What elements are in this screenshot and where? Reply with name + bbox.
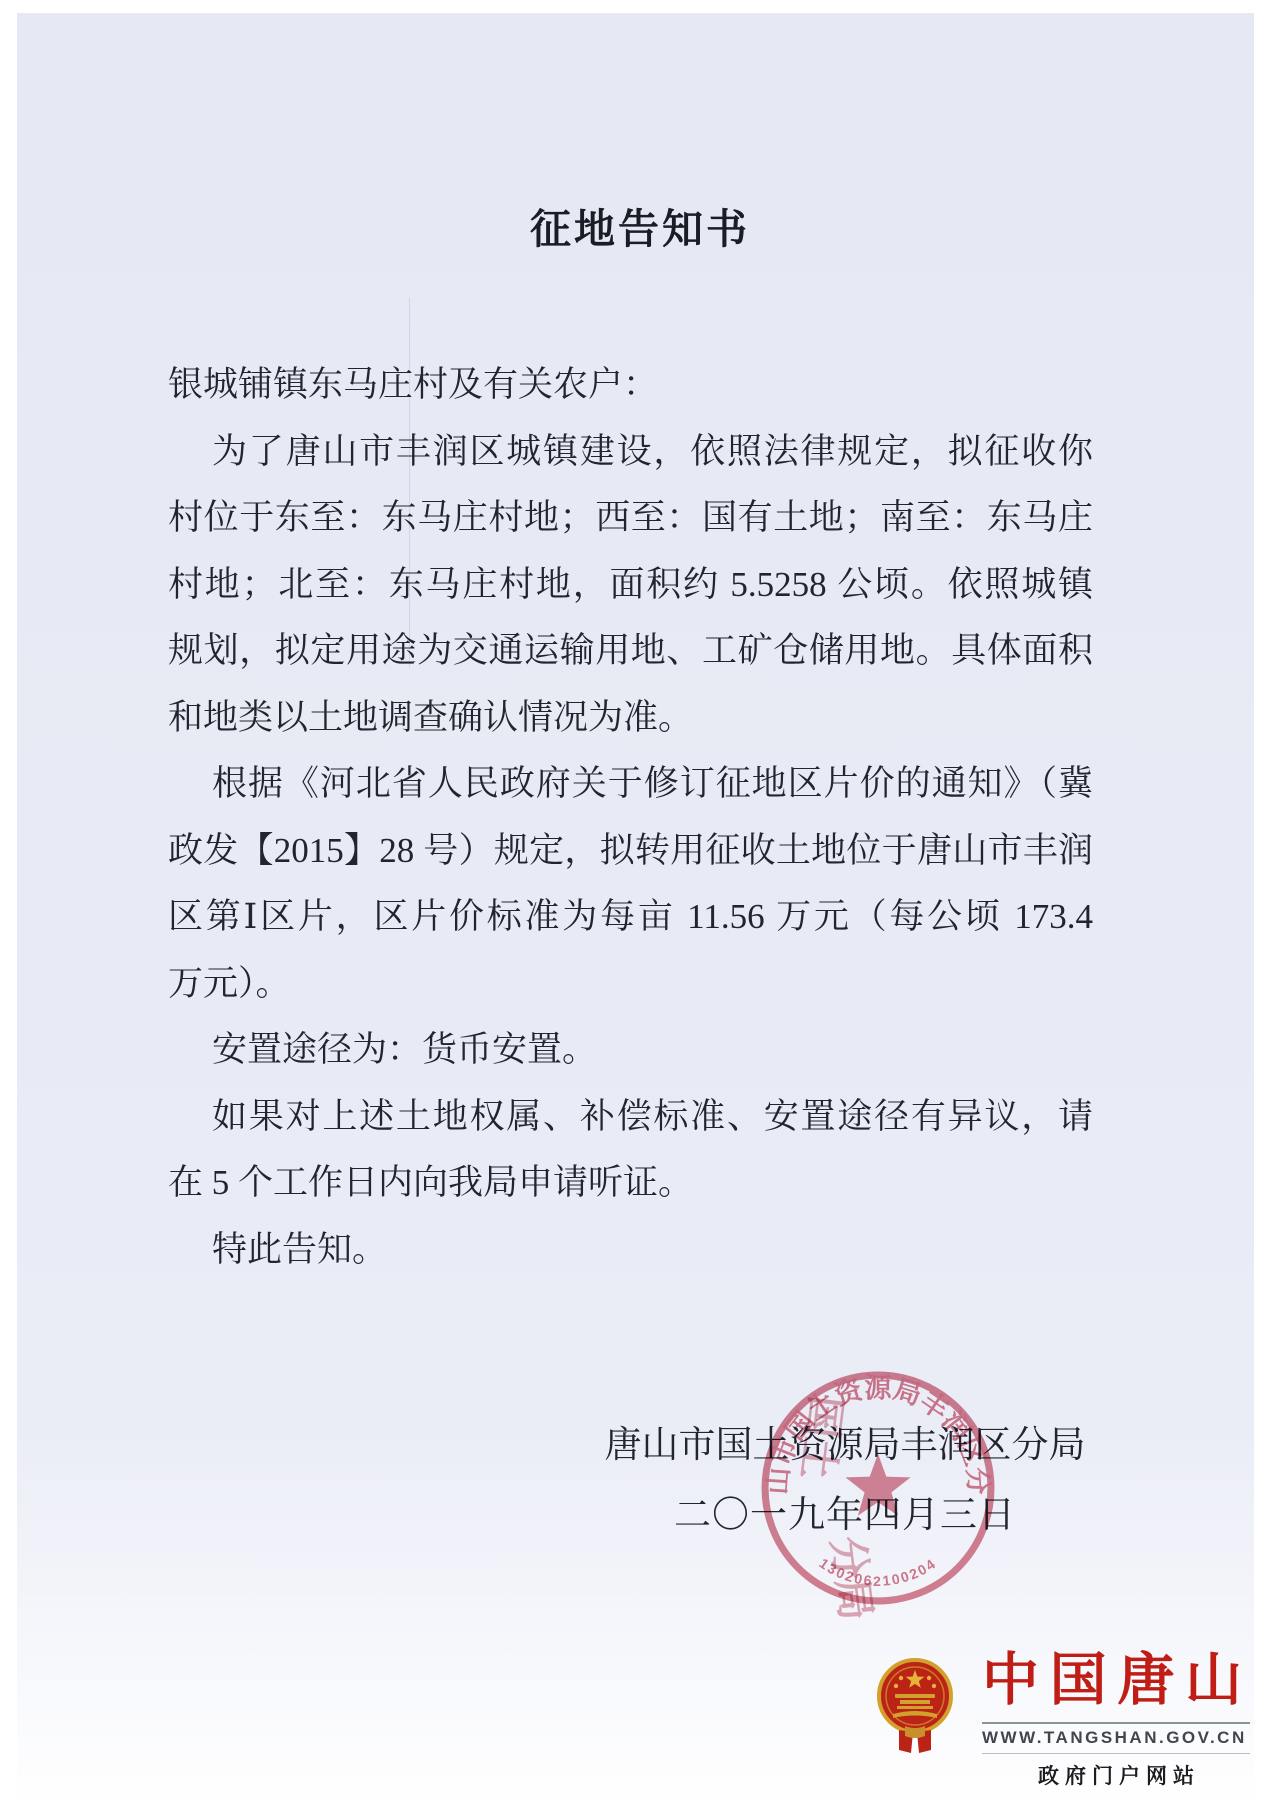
body-line: 根据《河北省人民政府关于修订征地区片价的通知》（冀 [168, 751, 1093, 818]
seal-serial-number: 1302062100204 [816, 1555, 939, 1589]
seal-star-icon [845, 1454, 910, 1516]
national-emblem-icon [875, 1658, 955, 1754]
portal-tagline: 政府门户网站 [1038, 1760, 1250, 1790]
logo-divider-top [982, 1722, 1250, 1724]
body-line: 和地类以土地调查确认情况为准。 [168, 685, 1093, 752]
body-line: 规划，拟定用途为交通运输用地、工矿仓储用地。具体面积 [168, 618, 1093, 685]
document-title: 征地告知书 [0, 196, 1280, 255]
body-line: 为了唐山市丰润区城镇建设，依照法律规定，拟征收你 [168, 419, 1093, 486]
body-line: 万元）。 [168, 951, 1093, 1018]
body-line: 在 5 个工作日内向我局申请听证。 [168, 1150, 1093, 1217]
salutation-line: 银城铺镇东马庄村及有关农户： [168, 352, 1093, 419]
body-line: 政发【2015】28 号）规定，拟转用征收土地位于唐山市丰润 [168, 818, 1093, 885]
body-line: 特此告知。 [168, 1217, 1093, 1284]
tangshan-gov-logo: 中国唐山 WWW.TANGSHAN.GOV.CN 政府门户网站 [860, 1650, 1255, 1800]
body-line: 安置途径为：货币安置。 [168, 1017, 1093, 1084]
body-line: 村地；北至：东马庄村地，面积约 5.5258 公顷。依照城镇 [168, 552, 1093, 619]
document-body: 银城铺镇东马庄村及有关农户： 为了唐山市丰润区城镇建设，依照法律规定，拟征收你 … [168, 352, 1093, 1283]
svg-text:1302062100204: 1302062100204 [816, 1555, 939, 1589]
gov-website-url: WWW.TANGSHAN.GOV.CN [982, 1728, 1250, 1748]
body-line: 如果对上述土地权属、补偿标准、安置途径有异议，请 [168, 1084, 1093, 1151]
logo-divider-bottom [982, 1753, 1250, 1754]
official-seal: 唐山市国土资源局丰润区分局 1302062100204 [757, 1367, 999, 1609]
brand-calligraphy: 中国唐山 [982, 1650, 1248, 1712]
body-line: 村位于东至：东马庄村地；西至：国有土地；南至：东马庄 [168, 485, 1093, 552]
body-line: 区第Ⅰ区片，区片价标准为每亩 11.56 万元（每公顷 173.4 [168, 884, 1093, 951]
scanned-document-page: { "document": { "title": "征地告知书", "salut… [0, 0, 1280, 1810]
